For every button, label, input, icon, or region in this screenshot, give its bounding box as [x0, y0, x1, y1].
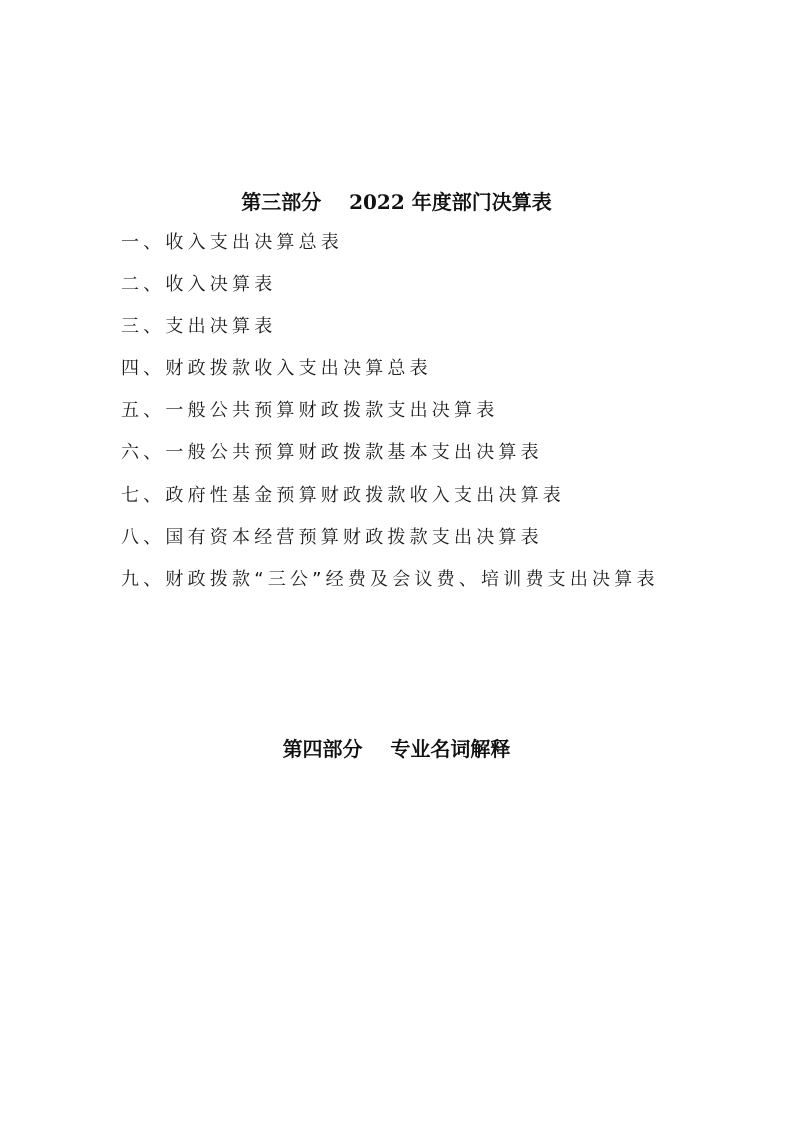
table-of-contents: 一、收入支出决算总表 二、收入决算表 三、支出决算表 四、财政拨款收入支出决算总… [121, 229, 659, 608]
document-page: 第三部分 2022 年度部门决算表 一、收入支出决算总表 二、收入决算表 三、支… [0, 0, 793, 1122]
toc-item-1: 一、收入支出决算总表 [121, 229, 659, 271]
section-title-part3: 第三部分 2022 年度部门决算表 [0, 186, 793, 215]
toc-item-8: 八、国有资本经营预算财政拨款支出决算表 [121, 524, 659, 566]
section-title-part4: 第四部分 专业名词解释 [0, 733, 793, 762]
toc-item-7: 七、政府性基金预算财政拨款收入支出决算表 [121, 482, 659, 524]
toc-item-5: 五、一般公共预算财政拨款支出决算表 [121, 397, 659, 439]
toc-item-6: 六、一般公共预算财政拨款基本支出决算表 [121, 439, 659, 481]
toc-item-9: 九、财政拨款“三公”经费及会议费、培训费支出决算表 [121, 566, 659, 608]
toc-item-3: 三、支出决算表 [121, 313, 659, 355]
toc-item-2: 二、收入决算表 [121, 271, 659, 313]
toc-item-4: 四、财政拨款收入支出决算总表 [121, 355, 659, 397]
